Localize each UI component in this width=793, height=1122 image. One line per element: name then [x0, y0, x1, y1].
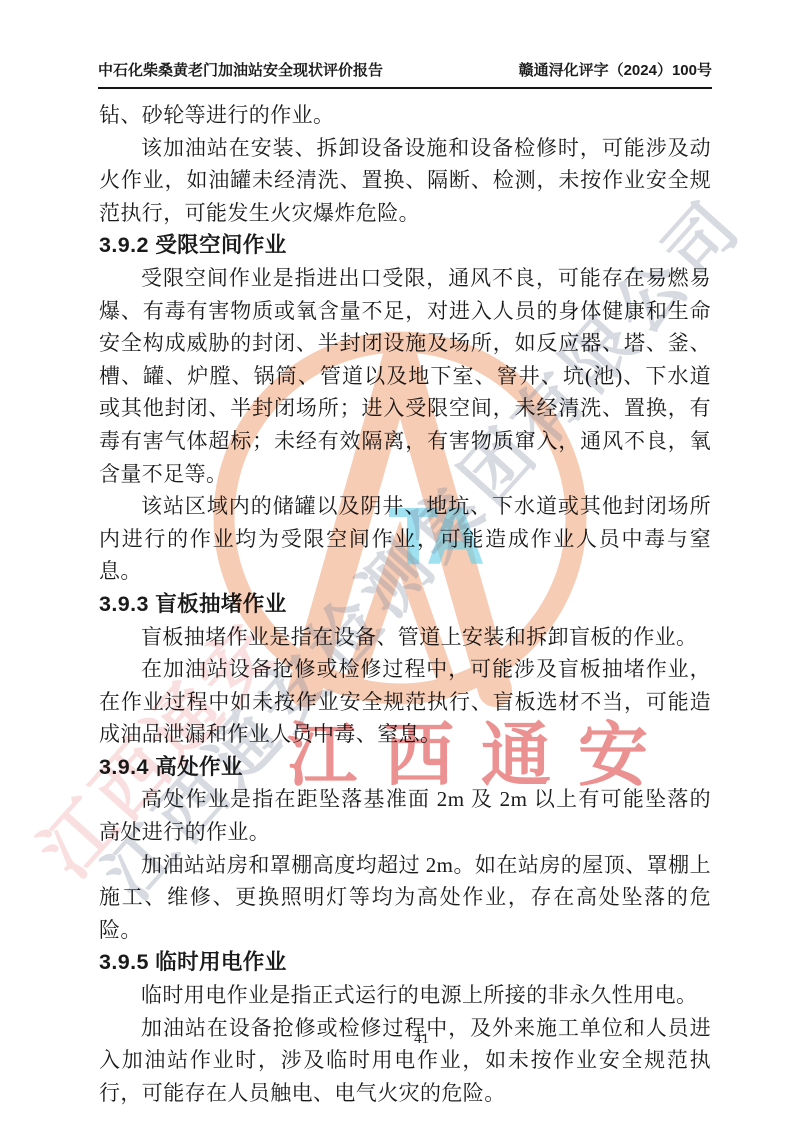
header-doc-number: 赣通浔化评字（2024）100号 — [519, 62, 712, 80]
header-report-title: 中石化柴桑黄老门加油站安全现状评价报告 — [98, 62, 383, 80]
paragraph: 盲板抽堵作业是指在设备、管道上安装和拆卸盲板的作业。 — [99, 621, 711, 654]
section-heading: 3.9.3 盲板抽堵作业 — [99, 588, 711, 621]
paragraph: 该加油站在安装、拆卸设备设施和设备检修时，可能涉及动火作业，如油罐未经清洗、置换… — [99, 132, 711, 230]
document-body: 钻、砂轮等进行的作业。该加油站在安装、拆卸设备设施和设备检修时，可能涉及动火作业… — [99, 99, 711, 1109]
paragraph: 该站区域内的储罐以及阴井、地坑、下水道或其他封闭场所内进行的作业均为受限空间作业… — [99, 490, 711, 588]
page-header: 中石化柴桑黄老门加油站安全现状评价报告 赣通浔化评字（2024）100号 — [98, 62, 712, 89]
document-page: 中石化柴桑黄老门加油站安全现状评价报告 赣通浔化评字（2024）100号 钻、砂… — [0, 0, 793, 1122]
paragraph: 钻、砂轮等进行的作业。 — [99, 99, 711, 132]
paragraph: 在加油站设备抢修或检修过程中，可能涉及盲板抽堵作业，在作业过程中如未按作业安全规… — [99, 653, 711, 751]
paragraph: 加油站站房和罩棚高度均超过 2m。如在站房的屋顶、罩棚上施工、维修、更换照明灯等… — [99, 849, 711, 947]
paragraph: 加油站在设备抢修或检修过程中，及外来施工单位和人员进入加油站作业时，涉及临时用电… — [99, 1012, 711, 1110]
section-heading: 3.9.2 受限空间作业 — [99, 229, 711, 262]
section-heading: 3.9.5 临时用电作业 — [99, 946, 711, 979]
paragraph: 高处作业是指在距坠落基准面 2m 及 2m 以上有可能坠落的高处进行的作业。 — [99, 783, 711, 848]
paragraph: 临时用电作业是指正式运行的电源上所接的非永久性用电。 — [99, 979, 711, 1012]
paragraph: 受限空间作业是指进出口受限，通风不良，可能存在易燃易爆、有毒有害物质或氧含量不足… — [99, 262, 711, 490]
section-heading: 3.9.4 高处作业 — [99, 751, 711, 784]
